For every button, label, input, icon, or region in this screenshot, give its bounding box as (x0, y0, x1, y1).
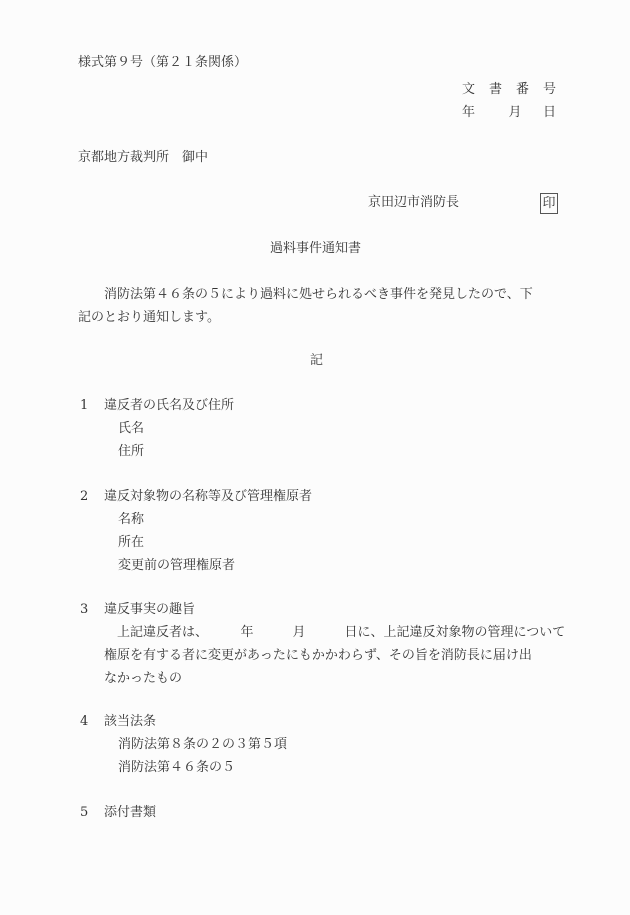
section-3-number: 3 (80, 602, 88, 618)
section-1-item-address: 住所 (118, 444, 144, 460)
date-label: 年 月 日 (462, 105, 556, 121)
section-2-item-name: 名称 (118, 512, 144, 528)
date-month: 月 (508, 105, 521, 121)
section-1-item-name: 氏名 (118, 421, 144, 437)
section-1-title: 違反者の氏名及び住所 (104, 398, 234, 414)
section-2-item-previous-manager: 変更前の管理権原者 (118, 558, 235, 574)
doc-number-char: 文 (462, 82, 475, 98)
section-4-title: 該当法条 (104, 714, 156, 730)
section-2-title: 違反対象物の名称等及び管理権原者 (104, 489, 312, 505)
section-2-number: 2 (80, 489, 88, 505)
intro-line-1: 消防法第４６条の５により過料に処せられるべき事件を発見したので、下 (78, 283, 558, 306)
intro-line-2: 記のとおり通知します。 (78, 306, 558, 329)
section-4-number: 4 (80, 714, 88, 730)
section-3-text: 上記違反者は、 年 月 日に、上記違反対象物の管理について 権原を有する者に変更… (104, 621, 559, 690)
date-year: 年 (462, 105, 475, 121)
form-label: 様式第９号（第２１条関係） (78, 55, 247, 71)
section-4-item-law-1: 消防法第８条の２の３第５項 (118, 737, 287, 753)
date-day: 日 (543, 105, 556, 121)
seal-box: 印 (540, 193, 558, 214)
doc-number-char: 番 (516, 82, 529, 98)
section-5-title: 添付書類 (104, 805, 156, 821)
ki-heading: 記 (310, 353, 323, 369)
section-2-item-location: 所在 (118, 535, 144, 551)
document-number-label: 文 書 番 号 (462, 82, 556, 98)
section-3-line-2: 権原を有する者に変更があったにもかかわらず、その旨を消防長に届け出 (104, 644, 559, 667)
doc-number-char: 書 (489, 82, 502, 98)
addressee: 京都地方裁判所 御中 (78, 150, 208, 166)
section-4-item-law-2: 消防法第４６条の５ (118, 760, 235, 776)
section-5-number: 5 (80, 805, 88, 821)
document-title: 過料事件通知書 (270, 241, 361, 257)
section-3-title: 違反事実の趣旨 (104, 602, 195, 618)
doc-number-char: 号 (543, 82, 556, 98)
section-3-line-1: 上記違反者は、 年 月 日に、上記違反対象物の管理について (104, 621, 559, 644)
section-1-number: 1 (80, 398, 88, 414)
intro-paragraph: 消防法第４６条の５により過料に処せられるべき事件を発見したので、下 記のとおり通… (78, 283, 558, 329)
sender: 京田辺市消防長 (368, 195, 459, 211)
section-3-line-3: なかったもの (104, 667, 559, 690)
